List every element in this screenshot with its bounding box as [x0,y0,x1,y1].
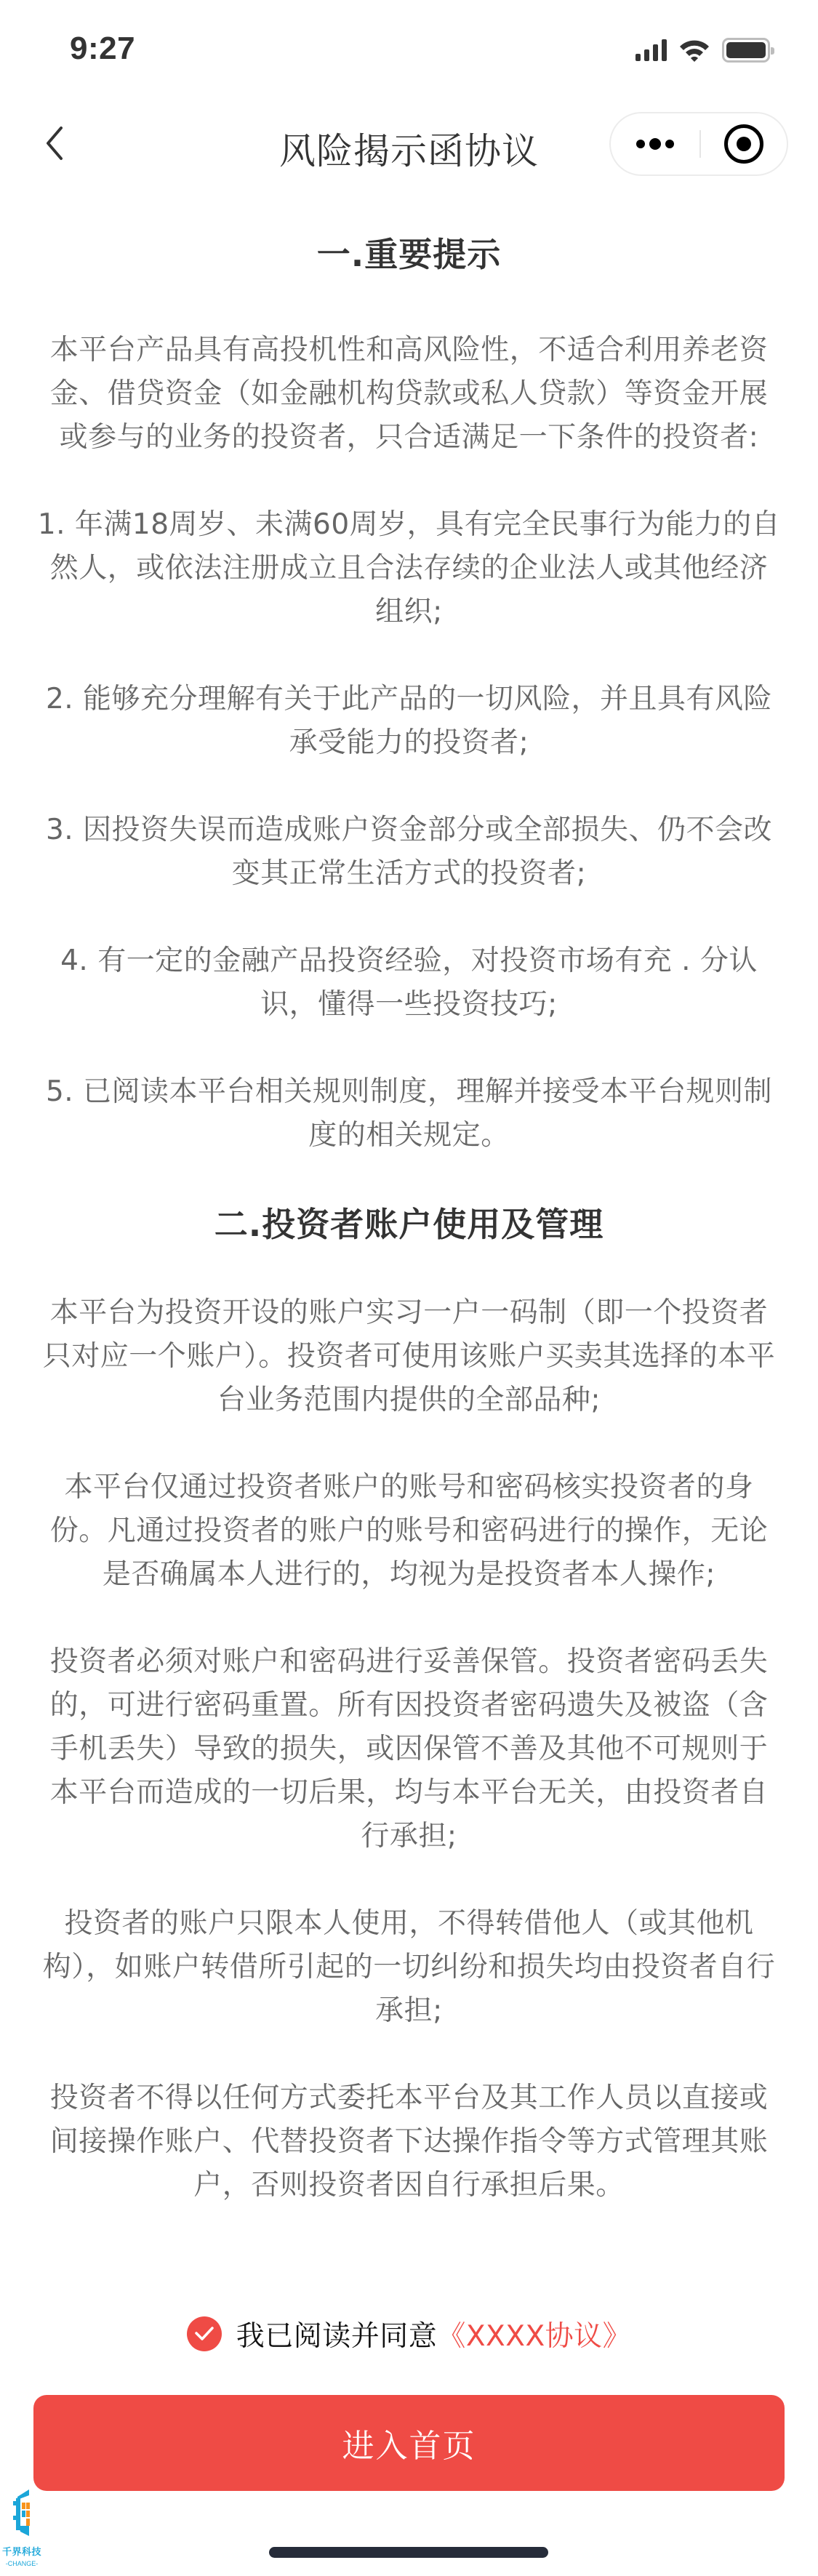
logo-name: 千界科技 [0,2547,44,2559]
risk-disclosure-page: 9:27 风险揭示函协议 [0,0,818,2576]
wifi-icon [678,38,710,63]
paragraph: 3. 因投资失误而造成账户资金部分或全部损失、仍不会改变其正常生活方式的投资者; [36,808,782,896]
logo-subtitle: -CHANGE- [0,2559,44,2568]
paragraph: 1. 年满18周岁、未满60周岁，具有完全民事行为能力的自然人，或依法注册成立且… [36,503,782,634]
nav-bar: 风险揭示函协议 [0,96,818,192]
close-miniprogram-button[interactable] [701,113,787,174]
section-heading-account-management: 二.投资者账户使用及管理 [36,1201,782,1248]
agreement-link[interactable]: 《XXXX协议》 [437,2314,631,2354]
agree-checkbox[interactable] [187,2316,222,2351]
agree-label: 我已阅读并同意 [236,2314,438,2354]
company-logo-icon [13,2489,32,2536]
status-icons [635,38,770,63]
checkmark-circle-icon [194,2326,214,2342]
more-button[interactable] [611,113,699,174]
more-dots-icon [636,138,674,150]
status-time: 9:27 [70,31,135,67]
miniprogram-capsule [609,112,788,176]
paragraph: 本平台仅通过投资者账户的账号和密码核实投资者的身份。凡通过投资者的账户的账号和密… [36,1466,782,1597]
paragraph: 本平台为投资开设的账户实习一户一码制（即一个投资者只对应一个账户）。投资者可使用… [36,1291,782,1422]
agreement-row: 我已阅读并同意 《XXXX协议》 [0,2312,818,2356]
paragraph: 本平台产品具有高投机性和高风险性，不适合利用养老资金、借贷资金（如金融机构贷款或… [36,329,782,460]
enter-home-button[interactable]: 进入首页 [33,2395,785,2491]
section-heading-important-notice: 一.重要提示 [36,231,782,278]
paragraph: 投资者必须对账户和密码进行妥善保管。投资者密码丢失的，可进行密码重置。所有因投资… [36,1640,782,1858]
paragraph: 4. 有一定的金融产品投资经验，对投资市场有充 . 分认识，懂得一些投资技巧; [36,939,782,1027]
paragraph: 2. 能够充分理解有关于此产品的一切风险，并且具有风险承受能力的投资者; [36,678,782,765]
paragraph: 5. 已阅读本平台相关规则制度，理解并接受本平台规则制度的相关规定。 [36,1070,782,1157]
status-bar: 9:27 [0,0,818,96]
agreement-content: 一.重要提示 本平台产品具有高投机性和高风险性，不适合利用养老资金、借贷资金（如… [36,231,782,2207]
paragraph: 投资者的账户只限本人使用，不得转借他人（或其他机构），如账户转借所引起的一切纠纷… [36,1902,782,2033]
home-indicator[interactable] [269,2547,548,2558]
watermark-logo: 千界科技 -CHANGE- [0,2489,44,2576]
paragraph: 投资者不得以任何方式委托本平台及其工作人员以直接或间接操作账户、代替投资者下达操… [36,2077,782,2207]
signal-icon [635,39,667,61]
target-close-icon [724,124,763,164]
battery-icon [722,38,770,63]
